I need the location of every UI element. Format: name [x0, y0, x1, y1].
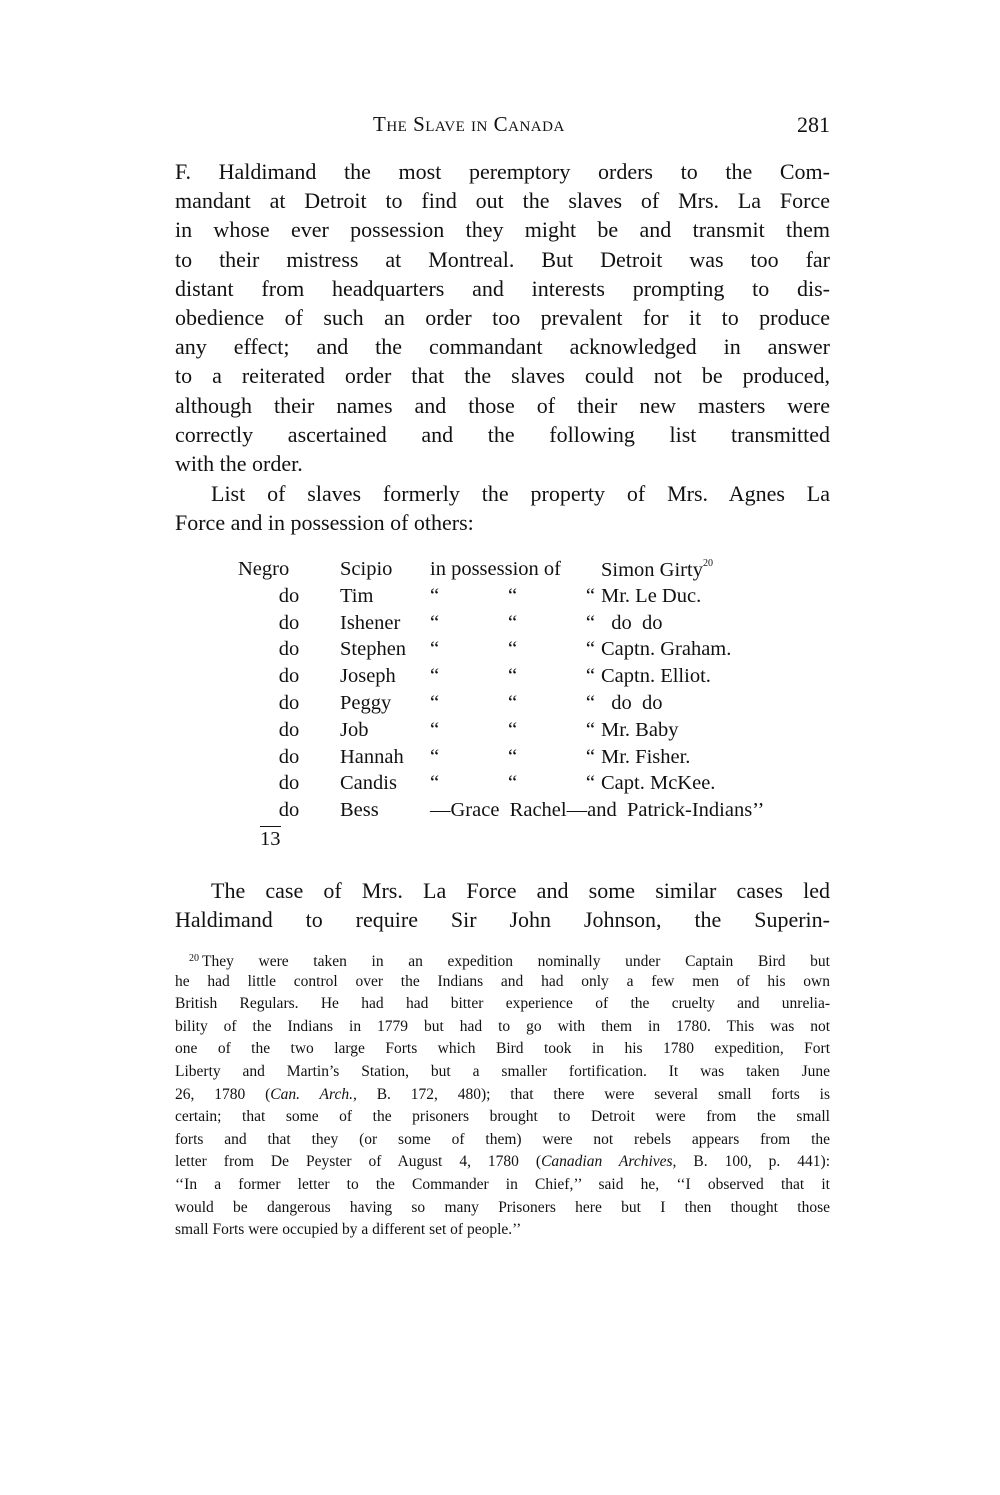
ditto-mark: “: [430, 772, 460, 799]
document-page: The Slave in Canada 281 F. Haldimand the…: [0, 0, 1000, 1495]
cell-name: Joseph: [340, 665, 430, 692]
ditto-mark: “: [430, 612, 460, 639]
ditto-mark: “: [460, 612, 565, 639]
paragraph-list-intro: List of slaves formerly the property of …: [175, 479, 830, 537]
footnote-text: B. 172, 480); that there were several sm…: [357, 1086, 830, 1103]
footnote-line: he had little control over the Indians a…: [175, 971, 830, 994]
table-row: do Tim “ “ “ Mr. Le Duc.: [238, 585, 764, 612]
footnote-20: 20They were taken in an expedition nomin…: [175, 948, 830, 1242]
ditto-mark: “: [565, 692, 601, 719]
cell-type: do: [238, 746, 340, 773]
table-row: do Bess —Grace Rachel—and Patrick-Indian…: [238, 799, 764, 826]
text-line: in whose ever possession they might be a…: [175, 215, 830, 244]
cell-name: Peggy: [340, 692, 430, 719]
ditto-mark: “: [460, 772, 565, 799]
footnote-ref: 20: [703, 558, 713, 569]
text-line: List of slaves formerly the property of …: [175, 479, 830, 508]
total-count: 13: [260, 826, 281, 850]
footnote-line: one of the two large Forts which Bird to…: [175, 1038, 830, 1061]
table-row: do Hannah “ “ “ Mr. Fisher.: [238, 746, 764, 773]
cell-type: do: [238, 799, 340, 826]
text-line: The case of Mrs. La Force and some simil…: [175, 876, 830, 905]
cell-phrase: in possession of: [430, 558, 601, 585]
text-line: Haldimand to require Sir John Johnson, t…: [175, 905, 830, 934]
text-line: distant from headquarters and interests …: [175, 274, 830, 303]
ditto-mark: “: [430, 665, 460, 692]
paragraph-continuation: F. Haldimand the most peremptory orders …: [175, 157, 830, 478]
text-line: obedience of such an order too prevalent…: [175, 303, 830, 332]
running-title: The Slave in Canada: [373, 112, 565, 137]
footnote-text: letter from De Peyster of August 4, 1780…: [175, 1153, 541, 1170]
ditto-mark: “: [565, 612, 601, 639]
footnote-line: certain; that some of the prisoners brou…: [175, 1106, 830, 1129]
cell-name: Hannah: [340, 746, 430, 773]
cell-name: Job: [340, 719, 430, 746]
footnote-text: They were taken in an expedition nominal…: [202, 953, 830, 970]
text-line: mandant at Detroit to find out the slave…: [175, 186, 830, 215]
cell-type: do: [238, 665, 340, 692]
text-line: with the order.: [175, 449, 830, 478]
ditto-mark: “: [565, 585, 601, 612]
cell-name: Scipio: [340, 558, 430, 585]
ditto-mark: “: [565, 665, 601, 692]
ditto-mark: “: [565, 772, 601, 799]
cell-owner: do do: [601, 612, 764, 639]
footnote-line: letter from De Peyster of August 4, 1780…: [175, 1151, 830, 1174]
cell-name: Candis: [340, 772, 430, 799]
footnote-text: 26, 1780 (: [175, 1086, 270, 1103]
ditto-mark: “: [460, 746, 565, 773]
table-row: do Job “ “ “ Mr. Baby: [238, 719, 764, 746]
cell-owner: do do: [601, 692, 764, 719]
citation-title: Can. Arch.,: [270, 1086, 357, 1103]
footnote-line: 20They were taken in an expedition nomin…: [175, 948, 830, 971]
text-line: to their mistress at Montreal. But Detro…: [175, 245, 830, 274]
cell-type: do: [238, 638, 340, 665]
footnote-text: B. 100, p. 441):: [676, 1153, 830, 1170]
text-line: correctly ascertained and the following …: [175, 420, 830, 449]
footnote-line: ‘‘In a former letter to the Commander in…: [175, 1174, 830, 1197]
footnote-number: 20: [189, 953, 199, 964]
cell-owner: Mr. Baby: [601, 719, 764, 746]
text-line: although their names and those of their …: [175, 391, 830, 420]
ditto-mark: “: [565, 746, 601, 773]
ditto-mark: “: [430, 692, 460, 719]
cell-name: Bess: [340, 799, 430, 826]
footnote-line: forts and that they (or some of them) we…: [175, 1129, 830, 1152]
cell-type: do: [238, 719, 340, 746]
cell-remaining-names: —Grace Rachel—and Patrick-Indians’’: [430, 799, 764, 826]
slave-list-table: Negro Scipio in possession of Simon Girt…: [238, 558, 764, 853]
table-total-row: 13: [238, 826, 764, 853]
cell-name: Stephen: [340, 638, 430, 665]
ditto-mark: “: [460, 692, 565, 719]
table-row: do Peggy “ “ “ do do: [238, 692, 764, 719]
ditto-mark: “: [460, 638, 565, 665]
cell-total: 13: [238, 826, 340, 853]
text-line: any effect; and the commandant acknowled…: [175, 332, 830, 361]
cell-owner: Captn. Elliot.: [601, 665, 764, 692]
ditto-mark: “: [430, 719, 460, 746]
footnote-line: British Regulars. He had had bitter expe…: [175, 993, 830, 1016]
cell-type: do: [238, 692, 340, 719]
footnote-line: 26, 1780 (Can. Arch., B. 172, 480); that…: [175, 1084, 830, 1107]
table-row: do Ishener “ “ “ do do: [238, 612, 764, 639]
text-line: F. Haldimand the most peremptory orders …: [175, 157, 830, 186]
ditto-mark: “: [460, 719, 565, 746]
cell-name: Ishener: [340, 612, 430, 639]
text-line: Force and in possession of others:: [175, 508, 830, 537]
cell-owner: Capt. McKee.: [601, 772, 764, 799]
paragraph-case: The case of Mrs. La Force and some simil…: [175, 876, 830, 934]
ditto-mark: “: [430, 638, 460, 665]
cell-type: Negro: [238, 558, 340, 585]
ditto-mark: “: [565, 638, 601, 665]
citation-title: Canadian Archives,: [541, 1153, 676, 1170]
text-line: to a reiterated order that the slaves co…: [175, 361, 830, 390]
table-row: Negro Scipio in possession of Simon Girt…: [238, 558, 764, 585]
table-row: do Candis “ “ “ Capt. McKee.: [238, 772, 764, 799]
table-row: do Stephen “ “ “ Captn. Graham.: [238, 638, 764, 665]
footnote-line: Liberty and Martin’s Station, but a smal…: [175, 1061, 830, 1084]
empty-cell: [340, 826, 764, 853]
cell-owner: Simon Girty20: [601, 558, 764, 585]
ditto-mark: “: [430, 746, 460, 773]
page-number: 281: [797, 112, 830, 138]
ditto-mark: “: [460, 585, 565, 612]
ditto-mark: “: [565, 719, 601, 746]
owner-name: Simon Girty: [601, 559, 703, 581]
table-row: do Joseph “ “ “ Captn. Elliot.: [238, 665, 764, 692]
cell-owner: Mr. Fisher.: [601, 746, 764, 773]
cell-type: do: [238, 772, 340, 799]
running-head: The Slave in Canada 281: [175, 112, 830, 142]
cell-owner: Captn. Graham.: [601, 638, 764, 665]
cell-owner: Mr. Le Duc.: [601, 585, 764, 612]
ditto-mark: “: [460, 665, 565, 692]
possession-phrase: in possession of: [430, 558, 561, 580]
footnote-line: would be dangerous having so many Prison…: [175, 1197, 830, 1220]
cell-name: Tim: [340, 585, 430, 612]
ditto-mark: “: [430, 585, 460, 612]
footnote-line: small Forts were occupied by a different…: [175, 1219, 830, 1242]
cell-type: do: [238, 585, 340, 612]
cell-type: do: [238, 612, 340, 639]
footnote-line: bility of the Indians in 1779 but had to…: [175, 1016, 830, 1039]
